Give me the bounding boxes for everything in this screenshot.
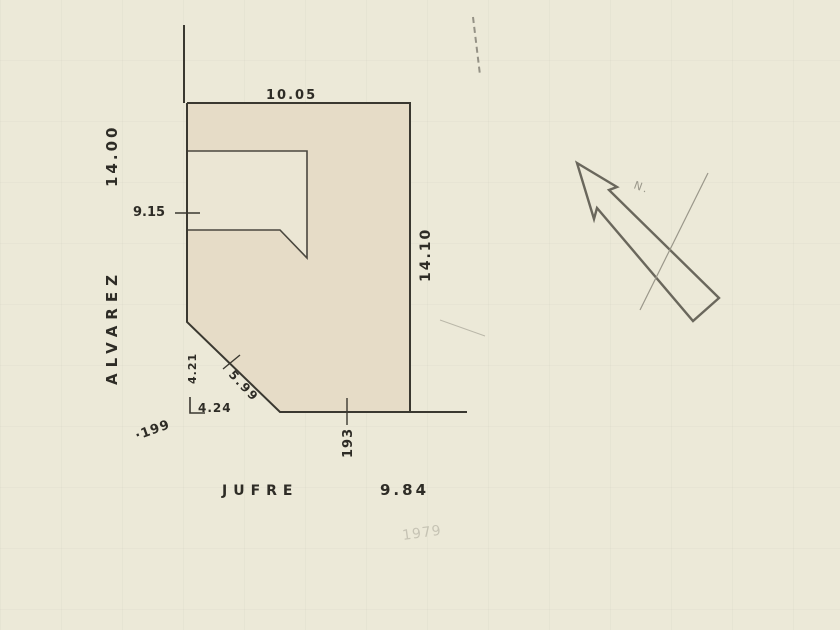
top-pencil-mark xyxy=(473,17,480,75)
lot-parcel xyxy=(187,103,410,412)
plot-plan-drawing: 10.05 ALVAREZ 14.00 9.15 14.10 4.21 5.99… xyxy=(0,0,840,630)
pencil-note: 1979 xyxy=(401,523,442,544)
left-street-label: ALVAREZ xyxy=(103,269,121,385)
corner-horizontal-label: 4.24 xyxy=(198,401,232,415)
right-dimension-label: 14.10 xyxy=(418,228,434,282)
left-dimension-label: 14.00 xyxy=(103,125,121,187)
stray-pencil-stroke xyxy=(440,320,485,336)
bottom-street-label: JUFRE xyxy=(221,483,298,499)
top-dimension-label: 10.05 xyxy=(266,88,317,103)
bottom-offset-label: 193 xyxy=(341,428,356,458)
left-offset-label: 9.15 xyxy=(133,205,165,220)
corner-vertical-label: 4.21 xyxy=(186,353,199,384)
bottom-dimension-label: 9.84 xyxy=(380,481,429,499)
plot-plan-sheet: 10.05 ALVAREZ 14.00 9.15 14.10 4.21 5.99… xyxy=(0,0,840,630)
corner-offset-label: ·199 xyxy=(133,417,172,443)
north-arrow-label: N. xyxy=(632,179,651,197)
